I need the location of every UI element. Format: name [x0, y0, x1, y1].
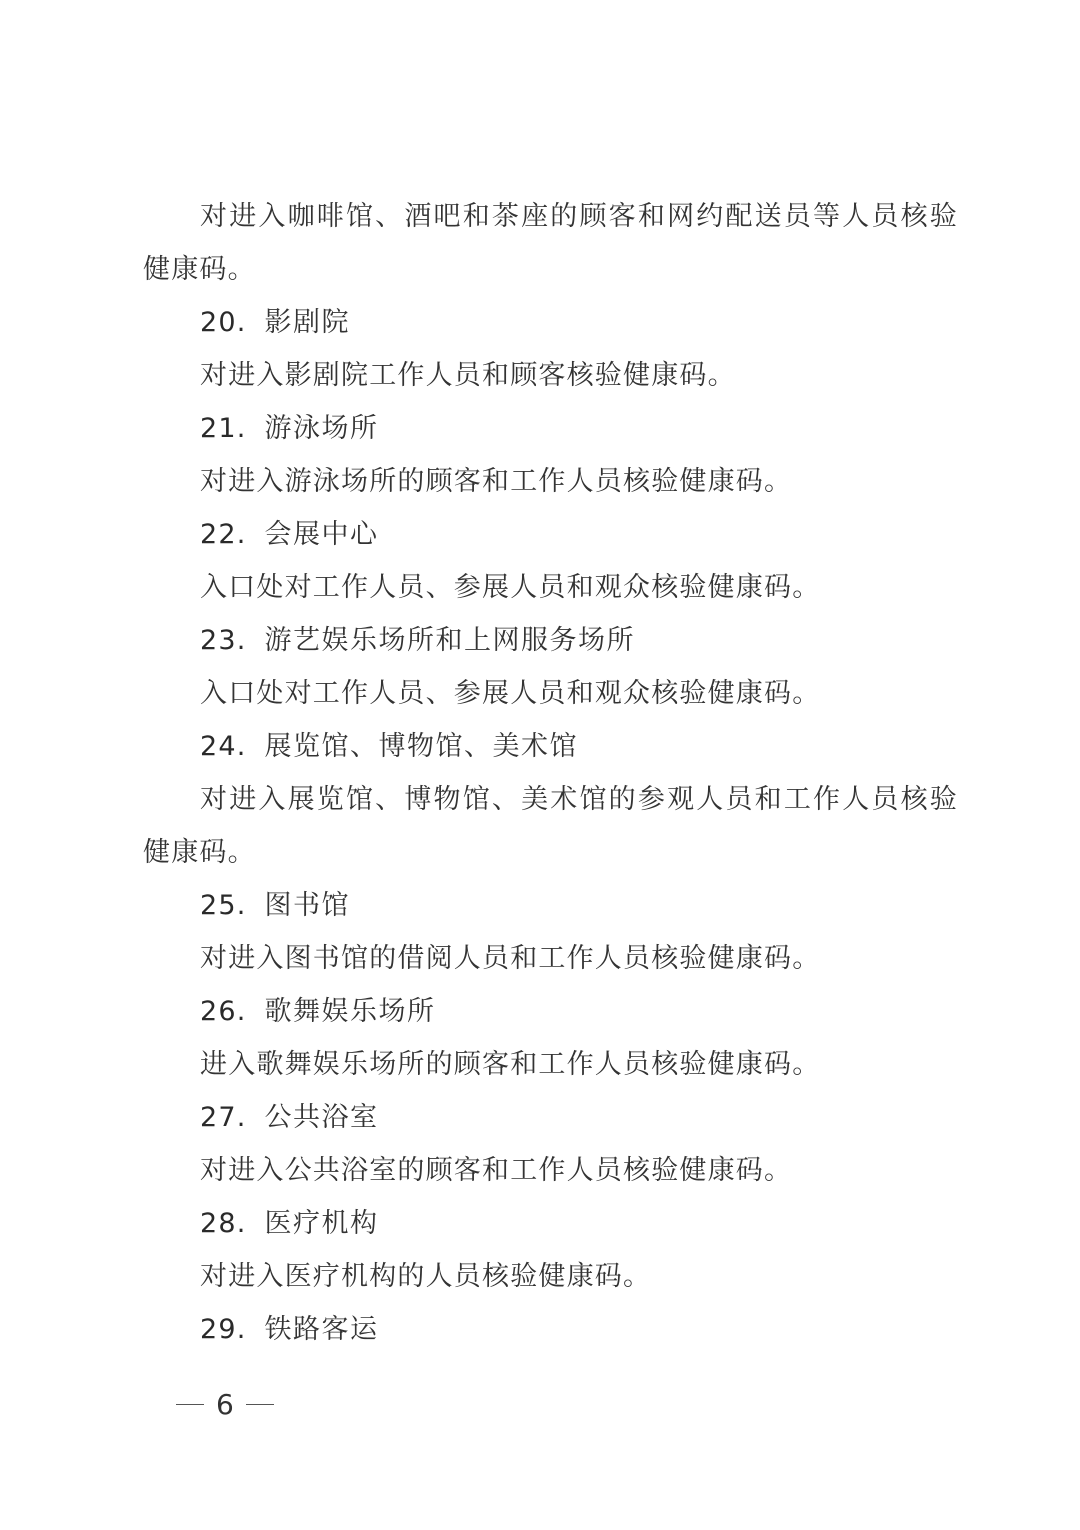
- footer-dash-left: [176, 1404, 204, 1406]
- section-title: 医疗机构: [265, 1208, 379, 1239]
- section-body-26: 进入歌舞娱乐场所的顾客和工作人员核验健康码。: [143, 1038, 958, 1091]
- section-heading-27: 27.公共浴室: [143, 1091, 958, 1144]
- section-number: 23.: [200, 625, 247, 656]
- intro-paragraph: 对进入咖啡馆、酒吧和茶座的顾客和网约配送员等人员核验健康码。: [143, 190, 958, 296]
- section-title: 会展中心: [265, 519, 379, 550]
- section-heading-26: 26.歌舞娱乐场所: [143, 985, 958, 1038]
- section-heading-25: 25.图书馆: [143, 879, 958, 932]
- section-title: 公共浴室: [265, 1102, 379, 1133]
- section-number: 28.: [200, 1208, 247, 1239]
- section-heading-20: 20.影剧院: [143, 296, 958, 349]
- section-title: 铁路客运: [265, 1314, 379, 1345]
- section-heading-23: 23.游艺娱乐场所和上网服务场所: [143, 614, 958, 667]
- section-body-20: 对进入影剧院工作人员和顾客核验健康码。: [143, 349, 958, 402]
- section-body-24: 对进入展览馆、博物馆、美术馆的参观人员和工作人员核验健康码。: [143, 773, 958, 879]
- section-number: 26.: [200, 996, 247, 1027]
- section-title: 游泳场所: [265, 413, 379, 444]
- section-heading-24: 24.展览馆、博物馆、美术馆: [143, 720, 958, 773]
- section-body-21: 对进入游泳场所的顾客和工作人员核验健康码。: [143, 455, 958, 508]
- section-number: 20.: [200, 307, 247, 338]
- section-body-25: 对进入图书馆的借阅人员和工作人员核验健康码。: [143, 932, 958, 985]
- section-title: 影剧院: [265, 307, 351, 338]
- section-body-23: 入口处对工作人员、参展人员和观众核验健康码。: [143, 667, 958, 720]
- section-number: 25.: [200, 890, 247, 921]
- section-title: 游艺娱乐场所和上网服务场所: [265, 625, 636, 656]
- section-title: 图书馆: [265, 890, 351, 921]
- section-number: 29.: [200, 1314, 247, 1345]
- section-body-22: 入口处对工作人员、参展人员和观众核验健康码。: [143, 561, 958, 614]
- section-heading-28: 28.医疗机构: [143, 1197, 958, 1250]
- document-page: 对进入咖啡馆、酒吧和茶座的顾客和网约配送员等人员核验健康码。 20.影剧院 对进…: [143, 190, 958, 1356]
- section-number: 27.: [200, 1102, 247, 1133]
- page-number: 6: [216, 1388, 234, 1421]
- section-number: 21.: [200, 413, 247, 444]
- footer-dash-right: [246, 1404, 274, 1406]
- section-heading-29: 29.铁路客运: [143, 1303, 958, 1356]
- section-heading-21: 21.游泳场所: [143, 402, 958, 455]
- section-number: 24.: [200, 731, 247, 762]
- section-body-28: 对进入医疗机构的人员核验健康码。: [143, 1250, 958, 1303]
- section-title: 歌舞娱乐场所: [265, 996, 436, 1027]
- page-footer: 6: [176, 1388, 274, 1421]
- section-heading-22: 22.会展中心: [143, 508, 958, 561]
- section-title: 展览馆、博物馆、美术馆: [265, 731, 579, 762]
- section-body-27: 对进入公共浴室的顾客和工作人员核验健康码。: [143, 1144, 958, 1197]
- section-number: 22.: [200, 519, 247, 550]
